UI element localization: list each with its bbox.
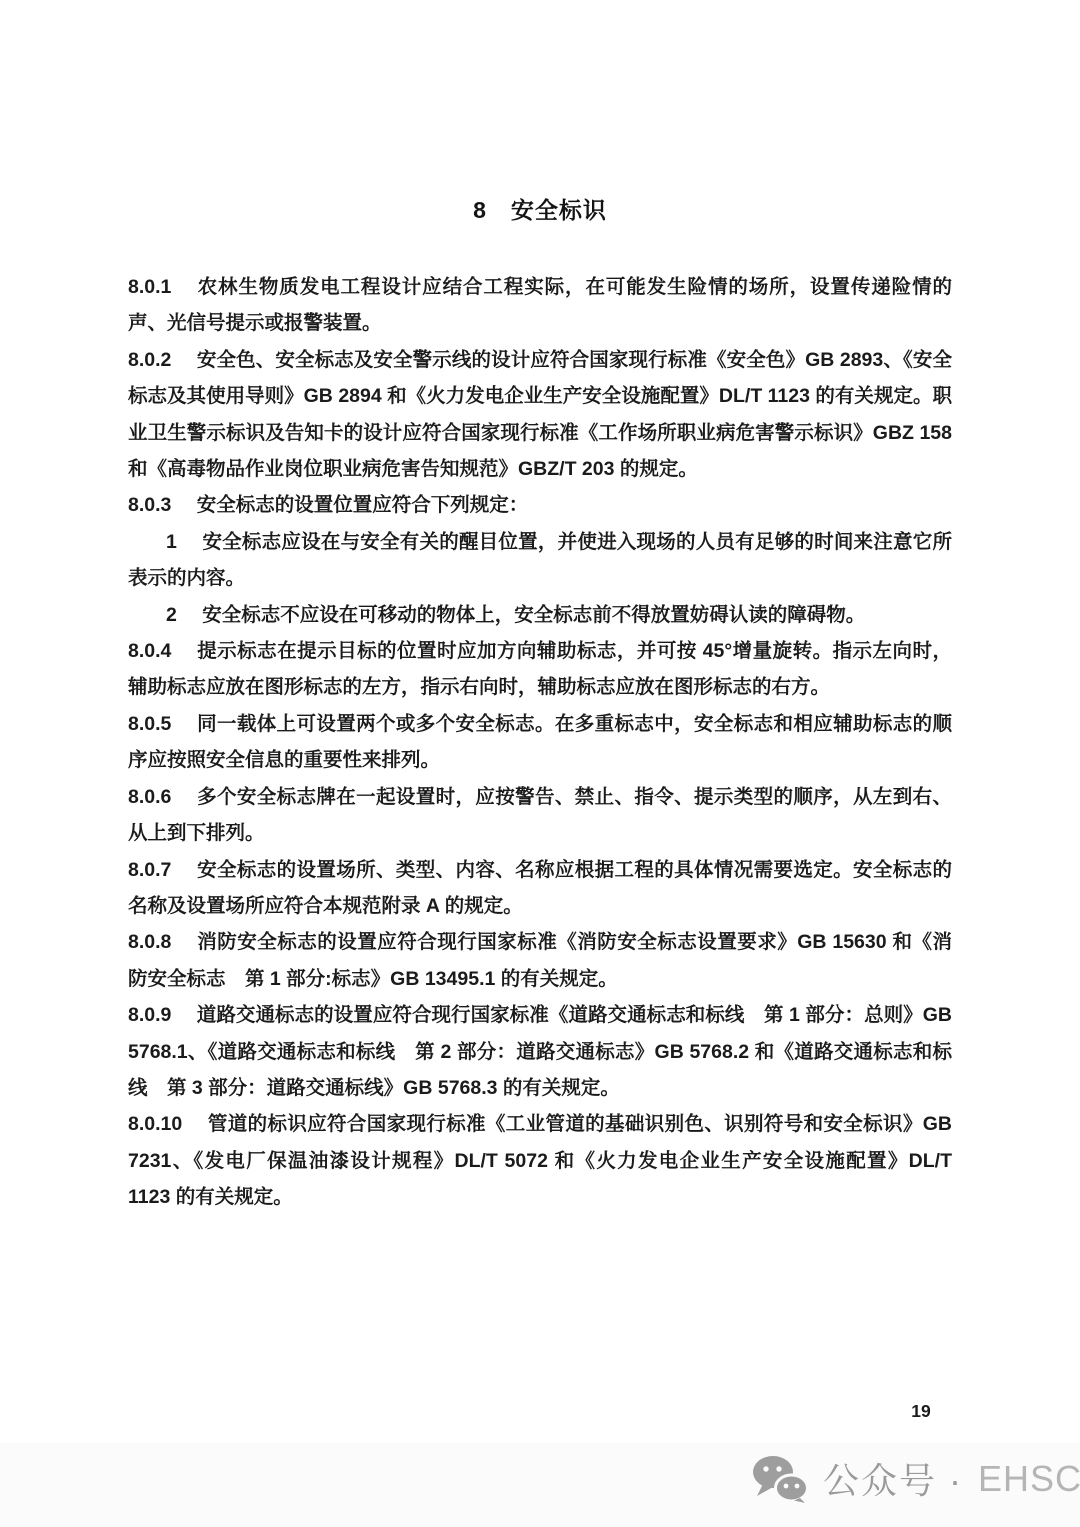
clause-text: 安全标志的设置场所、类型、内容、名称应根据工程的具体情况需要选定。安全标志的名称…: [128, 859, 952, 917]
clause-text: 安全色、安全标志及安全警示线的设计应符合国家现行标准《安全色》GB 2893、《…: [128, 349, 952, 480]
watermark-text-en: EHSCity: [978, 1458, 1080, 1500]
paragraph-8-0-7: 8.0.7安全标志的设置场所、类型、内容、名称应根据工程的具体情况需要选定。安全…: [128, 852, 952, 925]
clause-number: 8.0.1: [128, 276, 197, 298]
subitem-1: 1安全标志应设在与安全有关的醒目位置，并使进入现场的人员有足够的时间来注意它所表…: [128, 524, 952, 597]
clause-text: 同一载体上可设置两个或多个安全标志。在多重标志中，安全标志和相应辅助标志的顺序应…: [128, 713, 952, 771]
subitem-text: 安全标志不应设在可移动的物体上，安全标志前不得放置妨碍认读的障碍物。: [202, 604, 865, 626]
clause-number: 8.0.2: [128, 349, 197, 371]
watermark-text-cn: 公众号 ·: [823, 1453, 963, 1504]
paragraph-8-0-9: 8.0.9道路交通标志的设置应符合现行国家标准《道路交通标志和标线 第 1 部分…: [128, 997, 952, 1106]
paragraph-8-0-10: 8.0.10管道的标识应符合国家现行标准《工业管道的基础识别色、识别符号和安全标…: [128, 1106, 952, 1215]
wechat-icon: [752, 1455, 808, 1503]
paragraph-8-0-6: 8.0.6多个安全标志牌在一起设置时，应按警告、禁止、指令、提示类型的顺序，从左…: [128, 779, 952, 852]
subitem-text: 安全标志应设在与安全有关的醒目位置，并使进入现场的人员有足够的时间来注意它所表示…: [128, 531, 952, 589]
page-number: 19: [897, 1401, 945, 1422]
paragraph-8-0-3: 8.0.3安全标志的设置位置应符合下列规定：: [128, 487, 952, 523]
clause-text: 消防安全标志的设置应符合现行国家标准《消防安全标志设置要求》GB 15630 和…: [128, 931, 952, 989]
clause-number: 8.0.5: [128, 713, 197, 735]
clause-number: 8.0.4: [128, 640, 197, 662]
clause-number: 8.0.3: [128, 494, 197, 516]
clause-number: 8.0.10: [128, 1113, 208, 1135]
clause-number: 8.0.9: [128, 1004, 197, 1026]
clause-text: 管道的标识应符合国家现行标准《工业管道的基础识别色、识别符号和安全标识》GB 7…: [128, 1113, 952, 1208]
clause-text: 提示标志在提示目标的位置时应加方向辅助标志，并可按 45°增量旋转。指示左向时，…: [128, 640, 952, 698]
clause-text: 道路交通标志的设置应符合现行国家标准《道路交通标志和标线 第 1 部分：总则》G…: [128, 1004, 952, 1099]
paragraph-8-0-2: 8.0.2安全色、安全标志及安全警示线的设计应符合国家现行标准《安全色》GB 2…: [128, 342, 952, 488]
clause-number: 8.0.8: [128, 931, 197, 953]
clause-text: 农林生物质发电工程设计应结合工程实际，在可能发生险情的场所，设置传递险情的声、光…: [128, 276, 952, 334]
clause-text: 安全标志的设置位置应符合下列规定：: [197, 494, 529, 516]
watermark-strip: 公众号 · EHSCity: [0, 1443, 1080, 1527]
clause-number: 8.0.6: [128, 786, 197, 808]
paragraph-8-0-8: 8.0.8消防安全标志的设置应符合现行国家标准《消防安全标志设置要求》GB 15…: [128, 924, 952, 997]
paragraph-8-0-4: 8.0.4提示标志在提示目标的位置时应加方向辅助标志，并可按 45°增量旋转。指…: [128, 633, 952, 706]
document-page: 8 安全标识 8.0.1农林生物质发电工程设计应结合工程实际，在可能发生险情的场…: [0, 0, 1080, 1527]
paragraph-8-0-5: 8.0.5同一载体上可设置两个或多个安全标志。在多重标志中，安全标志和相应辅助标…: [128, 706, 952, 779]
subitem-2: 2安全标志不应设在可移动的物体上，安全标志前不得放置妨碍认读的障碍物。: [128, 597, 952, 633]
page-title: 8 安全标识: [128, 193, 952, 227]
clause-number: 8.0.7: [128, 859, 197, 881]
subitem-number: 1: [166, 531, 202, 553]
subitem-number: 2: [166, 604, 202, 626]
document-body: 8 安全标识 8.0.1农林生物质发电工程设计应结合工程实际，在可能发生险情的场…: [128, 193, 952, 1216]
watermark: 公众号 · EHSCity: [752, 1453, 1080, 1504]
clause-text: 多个安全标志牌在一起设置时，应按警告、禁止、指令、提示类型的顺序，从左到右、从上…: [128, 786, 952, 844]
paragraph-8-0-1: 8.0.1农林生物质发电工程设计应结合工程实际，在可能发生险情的场所，设置传递险…: [128, 269, 952, 342]
